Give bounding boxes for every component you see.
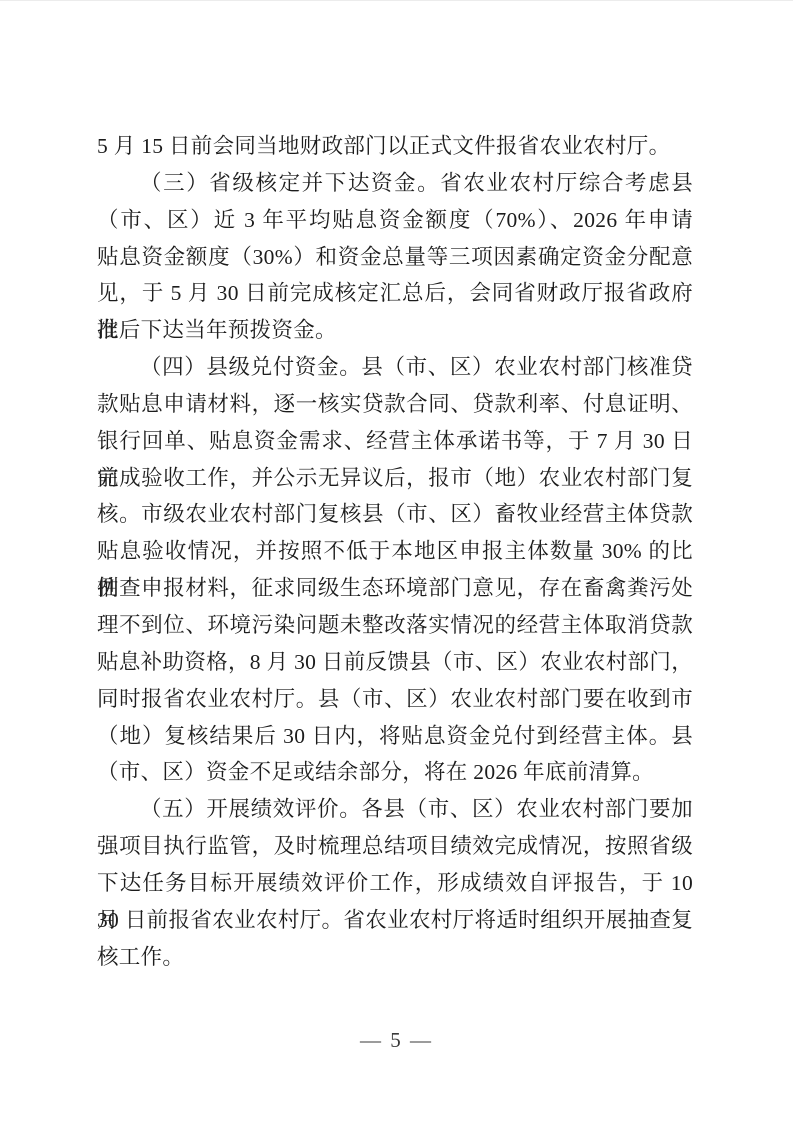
- document-page: 5 月 15 日前会同当地财政部门以正式文件报省农业农村厅。（三）省级核定并下达…: [0, 0, 793, 1122]
- text-line: 银行回单、贴息资金需求、经营主体承诺书等，于 7 月 30 日前: [97, 423, 693, 460]
- text-line: 同时报省农业农村厅。县（市、区）农业农村部门要在收到市: [97, 681, 693, 718]
- text-line: 抽查申报材料，征求同级生态环境部门意见，存在畜禽粪污处: [97, 570, 693, 607]
- text-line: （地）复核结果后 30 日内，将贴息资金兑付到经营主体。县: [97, 718, 693, 755]
- text-line: （市、区）资金不足或结余部分，将在 2026 年底前清算。: [97, 754, 693, 791]
- text-line: （三）省级核定并下达资金。省农业农村厅综合考虑县: [97, 165, 693, 202]
- text-line: 完成验收工作，并公示无异议后，报市（地）农业农村部门复: [97, 460, 693, 497]
- text-line: 强项目执行监管，及时梳理总结项目绩效完成情况，按照省级: [97, 828, 693, 865]
- text-line: 5 月 15 日前会同当地财政部门以正式文件报省农业农村厅。: [97, 128, 693, 165]
- text-line: 核。市级农业农村部门复核县（市、区）畜牧业经营主体贷款: [97, 496, 693, 533]
- text-line: 贴息验收情况，并按照不低于本地区申报主体数量 30% 的比例: [97, 533, 693, 570]
- text-line: 下达任务目标开展绩效评价工作，形成绩效自评报告，于 10 月: [97, 865, 693, 902]
- text-line: （市、区）近 3 年平均贴息资金额度（70%）、2026 年申请: [97, 202, 693, 239]
- text-line: 30 日前报省农业农村厅。省农业农村厅将适时组织开展抽查复: [97, 902, 693, 939]
- text-line: 款贴息申请材料，逐一核实贷款合同、贷款利率、付息证明、: [97, 386, 693, 423]
- text-line: 核工作。: [97, 939, 693, 976]
- page-number: — 5 —: [0, 1025, 793, 1055]
- text-line: 见，于 5 月 30 日前完成核定汇总后，会同省财政厅报省政府批: [97, 275, 693, 312]
- text-line: （五）开展绩效评价。各县（市、区）农业农村部门要加: [97, 791, 693, 828]
- text-line: 理不到位、环境污染问题未整改落实情况的经营主体取消贷款: [97, 607, 693, 644]
- text-line: 准后下达当年预拨资金。: [97, 312, 693, 349]
- document-body: 5 月 15 日前会同当地财政部门以正式文件报省农业农村厅。（三）省级核定并下达…: [97, 128, 693, 975]
- text-line: 贴息补助资格，8 月 30 日前反馈县（市、区）农业农村部门，: [97, 644, 693, 681]
- text-line: （四）县级兑付资金。县（市、区）农业农村部门核准贷: [97, 349, 693, 386]
- text-line: 贴息资金额度（30%）和资金总量等三项因素确定资金分配意: [97, 239, 693, 276]
